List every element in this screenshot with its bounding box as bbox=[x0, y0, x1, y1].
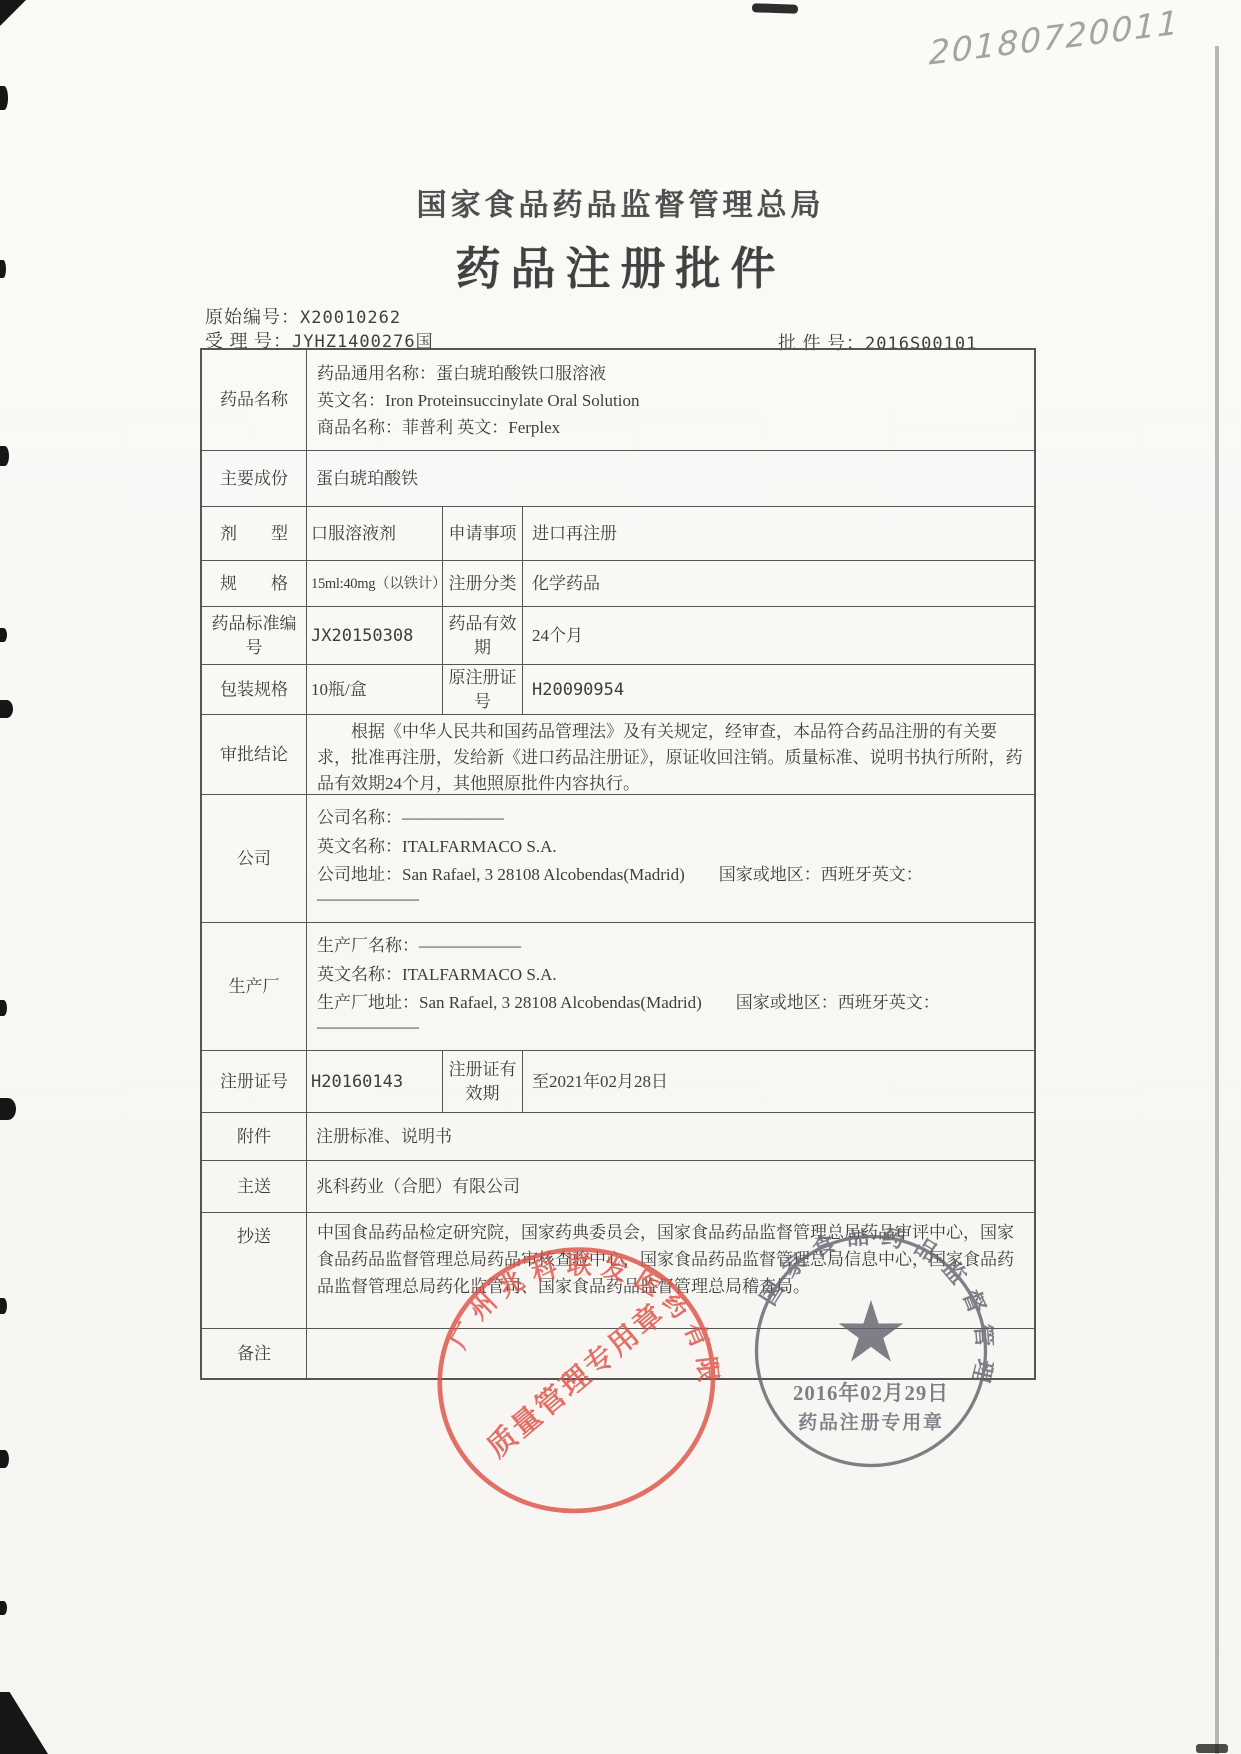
table-row-package-spec: 包装规格 10瓶/盒 原注册证号 H20090954 bbox=[202, 664, 1034, 714]
table-row-company: 公司 公司名称：—————— 英文名称：ITALFARMACO S.A. 公司地… bbox=[202, 794, 1034, 922]
document-title: 药品注册批件 bbox=[0, 232, 1241, 297]
standard-no-value: JX20150308 bbox=[311, 624, 413, 648]
scan-artifact-edge bbox=[0, 700, 13, 718]
registration-stamp-caption: 药品注册专用章 bbox=[798, 1411, 944, 1434]
table-row-attachment: 附件 注册标准、说明书 bbox=[202, 1112, 1034, 1160]
spec-value: 15ml:40mg（以铁计） bbox=[311, 572, 446, 596]
registration-class-value: 化学药品 bbox=[532, 572, 600, 596]
handwritten-number: 20180720011 bbox=[929, 2, 1181, 72]
application-type-value: 进口再注册 bbox=[532, 522, 617, 546]
old-registration-value-cell: H20090954 bbox=[523, 665, 1034, 714]
scan-artifact-edge bbox=[0, 628, 7, 642]
original-number-label: 原始编号： bbox=[205, 307, 300, 327]
company-label-cell: 公司 bbox=[202, 795, 307, 922]
package-spec-value: 10瓶/盒 bbox=[311, 678, 367, 702]
main-recipient-value: 兆科药业（合肥）有限公司 bbox=[316, 1175, 520, 1199]
registration-class-value-cell: 化学药品 bbox=[523, 561, 1034, 606]
cc-label-cell: 抄送 bbox=[202, 1213, 307, 1328]
main-recipient-label-cell: 主送 bbox=[202, 1161, 307, 1212]
application-type-label-cell: 申请事项 bbox=[443, 507, 523, 560]
attachment-label-cell: 附件 bbox=[202, 1113, 307, 1160]
agency-title: 国家食品药品监督管理总局 bbox=[0, 180, 1241, 224]
scan-artifact-edge bbox=[0, 1601, 7, 1615]
remarks-label-cell: 备注 bbox=[202, 1329, 307, 1378]
scan-artifact-edge bbox=[0, 1298, 7, 1314]
registration-validity-label-cell: 注册证有效期 bbox=[443, 1051, 523, 1112]
remarks-label: 备注 bbox=[237, 1342, 271, 1366]
registration-class-label: 注册分类 bbox=[449, 572, 517, 596]
table-row-standard-no: 药品标准编号 JX20150308 药品有效期 24个月 bbox=[202, 606, 1034, 664]
company-stamp-center-text: 质量管理专用章 bbox=[481, 1296, 672, 1464]
manufacturer-label: 生产厂 bbox=[229, 975, 280, 999]
scan-artifact-right-line bbox=[1215, 46, 1219, 1754]
validity-label-cell: 药品有效期 bbox=[443, 607, 523, 664]
company-label: 公司 bbox=[237, 847, 271, 871]
old-registration-value: H20090954 bbox=[532, 678, 624, 702]
scan-artifact-mark bbox=[1196, 1744, 1228, 1753]
attachment-value-cell: 注册标准、说明书 bbox=[307, 1113, 1034, 1160]
spec-value-cell: 15ml:40mg（以铁计） bbox=[307, 561, 443, 606]
validity-value: 24个月 bbox=[532, 624, 583, 648]
registration-no-value-cell: H20160143 bbox=[307, 1051, 443, 1112]
registration-no-label: 注册证号 bbox=[220, 1070, 288, 1094]
star-icon bbox=[839, 1300, 904, 1362]
company-name-line: 公司名称：—————— bbox=[317, 806, 1024, 830]
drug-registration-stamp: 国家食品药品监督管理总局 2016年02月29日 药品注册专用章 bbox=[748, 1228, 994, 1474]
application-type-value-cell: 进口再注册 bbox=[523, 507, 1034, 560]
manufacturer-address-line: 生产厂地址：San Rafael, 3 28108 Alcobendas(Mad… bbox=[317, 991, 1024, 1039]
attachment-value: 注册标准、说明书 bbox=[316, 1125, 452, 1149]
spec-label: 规 格 bbox=[220, 572, 288, 596]
cc-label: 抄送 bbox=[237, 1225, 271, 1249]
scanned-document-page: 20180720011 国家食品药品监督管理总局 药品注册批件 原始编号：X20… bbox=[0, 0, 1241, 1754]
old-registration-label: 原注册证号 bbox=[446, 666, 519, 714]
company-address-line: 公司地址：San Rafael, 3 28108 Alcobendas(Madr… bbox=[317, 863, 1024, 911]
original-number-value: X20010262 bbox=[300, 308, 401, 328]
table-row-manufacturer: 生产厂 生产厂名称：—————— 英文名称：ITALFARMACO S.A. 生… bbox=[202, 922, 1034, 1050]
old-registration-label-cell: 原注册证号 bbox=[443, 665, 523, 714]
approval-conclusion-label: 审批结论 bbox=[220, 743, 288, 767]
dosage-form-label-cell: 剂 型 bbox=[202, 507, 307, 560]
spec-label-cell: 规 格 bbox=[202, 561, 307, 606]
drug-name-label: 药品名称 bbox=[220, 388, 288, 412]
main-ingredient-value-cell: 蛋白琥珀酸铁 bbox=[307, 451, 1034, 506]
attachment-label: 附件 bbox=[237, 1125, 271, 1149]
registration-validity-value: 至2021年02月28日 bbox=[532, 1070, 668, 1094]
package-spec-label: 包装规格 bbox=[220, 678, 288, 702]
table-row-drug-name: 药品名称 药品通用名称：蛋白琥珀酸铁口服溶液 英文名：Iron Proteins… bbox=[202, 350, 1034, 450]
drug-name-label-cell: 药品名称 bbox=[202, 350, 307, 450]
standard-no-value-cell: JX20150308 bbox=[307, 607, 443, 664]
scan-artifact-edge bbox=[0, 86, 8, 110]
scan-artifact-mark bbox=[752, 3, 798, 14]
company-value-cell: 公司名称：—————— 英文名称：ITALFARMACO S.A. 公司地址：S… bbox=[307, 795, 1034, 922]
validity-value-cell: 24个月 bbox=[523, 607, 1034, 664]
dosage-form-label: 剂 型 bbox=[220, 522, 288, 546]
table-row-spec: 规 格 15ml:40mg（以铁计） 注册分类 化学药品 bbox=[202, 560, 1034, 606]
scan-artifact-corner bbox=[0, 0, 26, 26]
manufacturer-english-line: 英文名称：ITALFARMACO S.A. bbox=[317, 963, 1024, 987]
table-row-approval-conclusion: 审批结论 根据《中华人民共和国药品管理法》及有关规定，经审查，本品符合药品注册的… bbox=[202, 714, 1034, 794]
registration-no-label-cell: 注册证号 bbox=[202, 1051, 307, 1112]
registration-stamp-date: 2016年02月29日 bbox=[793, 1381, 949, 1405]
approval-conclusion-text: 根据《中华人民共和国药品管理法》及有关规定，经审查，本品符合药品注册的有关要求，… bbox=[307, 715, 1034, 794]
registration-no-value: H20160143 bbox=[311, 1070, 403, 1094]
scan-artifact-edge bbox=[0, 1000, 7, 1016]
original-number-line: 原始编号：X20010262 bbox=[205, 303, 401, 329]
drug-generic-name: 药品通用名称：蛋白琥珀酸铁口服溶液 bbox=[317, 360, 1024, 387]
registration-validity-label: 注册证有效期 bbox=[446, 1058, 519, 1106]
validity-label: 药品有效期 bbox=[446, 612, 519, 660]
scan-artifact-edge bbox=[0, 1450, 9, 1468]
package-spec-label-cell: 包装规格 bbox=[202, 665, 307, 714]
standard-no-label: 药品标准编号 bbox=[206, 612, 302, 660]
table-row-dosage-form: 剂 型 口服溶液剂 申请事项 进口再注册 bbox=[202, 506, 1034, 560]
main-ingredient-label-cell: 主要成份 bbox=[202, 451, 307, 506]
standard-no-label-cell: 药品标准编号 bbox=[202, 607, 307, 664]
scan-artifact-edge bbox=[0, 446, 9, 466]
scan-artifact-corner bbox=[0, 1692, 48, 1754]
scan-artifact-edge bbox=[0, 1098, 16, 1120]
main-recipient-label: 主送 bbox=[237, 1175, 271, 1199]
manufacturer-name-line: 生产厂名称：—————— bbox=[317, 934, 1024, 958]
application-type-label: 申请事项 bbox=[449, 522, 517, 546]
table-row-main-ingredient: 主要成份 蛋白琥珀酸铁 bbox=[202, 450, 1034, 506]
main-recipient-value-cell: 兆科药业（合肥）有限公司 bbox=[307, 1161, 1034, 1212]
package-spec-value-cell: 10瓶/盒 bbox=[307, 665, 443, 714]
approval-conclusion-label-cell: 审批结论 bbox=[202, 715, 307, 794]
drug-english-name: 英文名：Iron Proteinsuccinylate Oral Solutio… bbox=[317, 387, 1024, 414]
manufacturer-label-cell: 生产厂 bbox=[202, 923, 307, 1050]
drug-trade-name: 商品名称：菲普利 英文：Ferplex bbox=[317, 414, 1024, 441]
table-row-registration-no: 注册证号 H20160143 注册证有效期 至2021年02月28日 bbox=[202, 1050, 1034, 1112]
company-english-line: 英文名称：ITALFARMACO S.A. bbox=[317, 835, 1024, 859]
table-row-main-recipient: 主送 兆科药业（合肥）有限公司 bbox=[202, 1160, 1034, 1212]
manufacturer-value-cell: 生产厂名称：—————— 英文名称：ITALFARMACO S.A. 生产厂地址… bbox=[307, 923, 1034, 1050]
main-ingredient-value: 蛋白琥珀酸铁 bbox=[316, 467, 418, 491]
company-quality-stamp: 广州兆科联发医药有限公司 质量管理专用章 bbox=[401, 1210, 753, 1556]
dosage-form-value-cell: 口服溶液剂 bbox=[307, 507, 443, 560]
drug-name-value-cell: 药品通用名称：蛋白琥珀酸铁口服溶液 英文名：Iron Proteinsuccin… bbox=[307, 350, 1034, 450]
dosage-form-value: 口服溶液剂 bbox=[311, 522, 396, 546]
registration-class-label-cell: 注册分类 bbox=[443, 561, 523, 606]
main-ingredient-label: 主要成份 bbox=[220, 467, 288, 491]
registration-validity-value-cell: 至2021年02月28日 bbox=[523, 1051, 1034, 1112]
